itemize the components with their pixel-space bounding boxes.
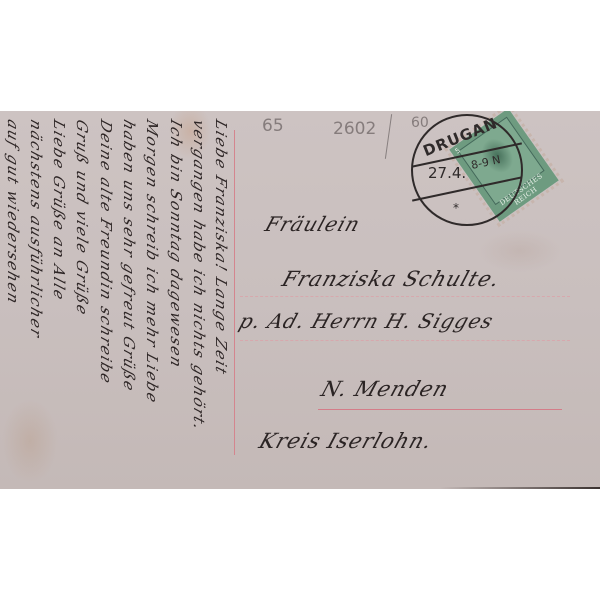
address-recipient: Franziska Schulte.	[279, 267, 503, 291]
message-line: Deine alte Freundin schreibe	[97, 117, 115, 387]
edge-shadow	[440, 487, 600, 489]
message-line: Gruß und viele Grüße	[73, 117, 91, 318]
pencil-note: 60	[411, 115, 429, 131]
postmark-town: DRUGAN	[420, 114, 500, 160]
message-area: Liebe Franziska! Lange Zeit vergangen ha…	[0, 111, 234, 489]
message-line: Liebe Grüße an Alle	[50, 117, 68, 303]
address-district: Kreis Iserlohn.	[256, 429, 436, 453]
postmark-time: 8-9 N	[470, 153, 502, 172]
address-underline	[318, 409, 562, 410]
message-line: haben uns sehr gefreut Grüße	[120, 117, 138, 395]
address-rule	[240, 296, 570, 297]
message-line: auf gut wiedersehen	[4, 117, 22, 307]
message-line: vergangen habe ich nichts gehört.	[190, 117, 208, 434]
address-rule	[240, 340, 570, 341]
address-town: N. Menden	[318, 377, 452, 401]
message-line: Morgen schreib ich mehr Liebe	[143, 117, 161, 406]
page: 65 2602 60 Liebe Franziska! Lange Zeit v…	[0, 0, 600, 600]
pencil-note: 65	[262, 116, 284, 136]
postcard: 65 2602 60 Liebe Franziska! Lange Zeit v…	[0, 111, 600, 489]
message-line: nächstens ausführlicher	[27, 117, 45, 341]
message-line: Ich bin Sonntag dagewesen	[167, 117, 185, 371]
pencil-stroke	[385, 114, 392, 159]
divider-line	[234, 130, 235, 455]
postmark-date: 27.4.	[428, 164, 466, 182]
message-line: Liebe Franziska! Lange Zeit	[212, 117, 230, 378]
address-care-of: p. Ad. Herrn H. Sigges	[236, 309, 497, 333]
pencil-note: 2602	[333, 119, 376, 139]
star-icon: *	[453, 201, 459, 215]
postmark: DRUGAN 27.4. 8-9 N *	[411, 114, 523, 226]
address-salutation: Fräulein	[262, 212, 364, 236]
